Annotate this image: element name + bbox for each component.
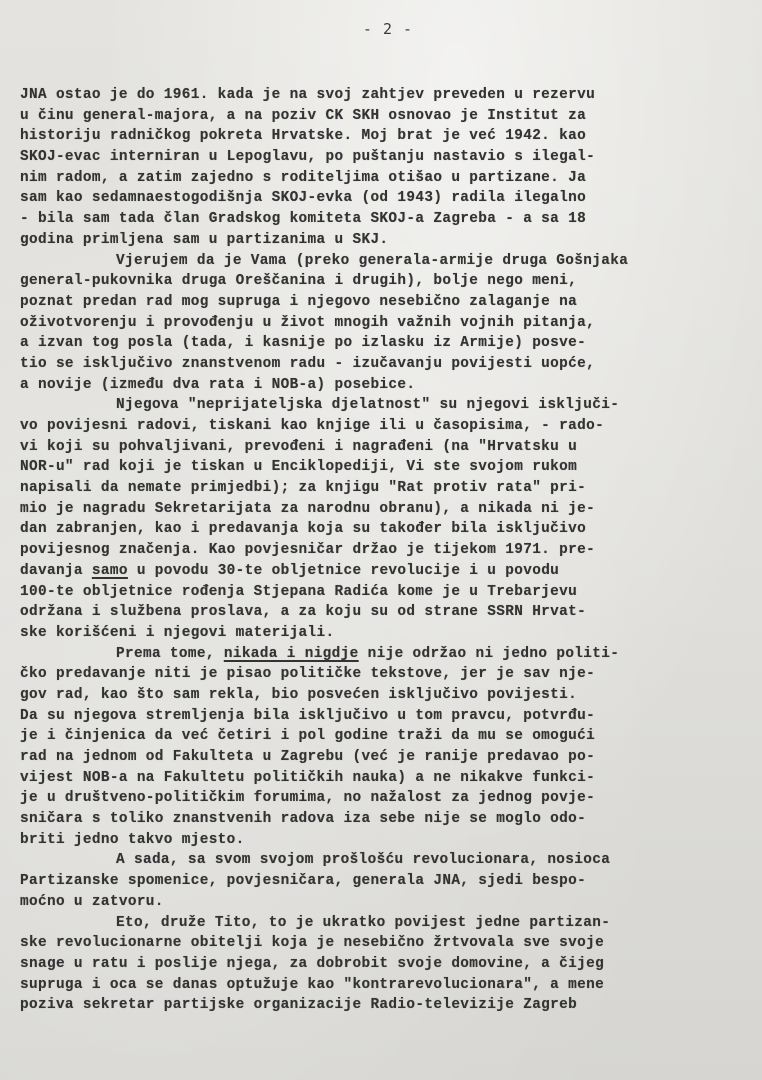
text-line: Prema tome, nikada i nigdje nije održao …: [20, 644, 760, 665]
text-segment: u činu general-majora, a na poziv CK SKH…: [20, 108, 586, 124]
text-segment: Eto, druže Tito, to je ukratko povijest …: [116, 915, 610, 931]
text-line: briti jedno takvo mjesto.: [20, 830, 760, 851]
text-line: general-pukovnika druga Oreščanina i dru…: [20, 271, 760, 292]
text-line: oživotvorenju i provođenju u život mnogi…: [20, 313, 760, 334]
text-segment: u povodu 30-te obljetnice revolucije i u…: [128, 563, 559, 579]
text-line: Njegova "neprijateljska djelatnost" su n…: [20, 395, 760, 416]
text-segment: sničara s toliko znanstvenih radova iza …: [20, 811, 586, 827]
text-line: čko predavanje niti je pisao političke t…: [20, 664, 760, 685]
text-segment: Vjerujem da je Vama (preko generala-armi…: [116, 253, 628, 269]
text-segment: 100-te obljetnice rođenja Stjepana Radić…: [20, 584, 577, 600]
text-segment: SKOJ-evac interniran u Lepoglavu, po puš…: [20, 149, 595, 165]
text-line: sam kao sedamnaestogodišnja SKOJ-evka (o…: [20, 188, 760, 209]
text-segment: oživotvorenju i provođenju u život mnogi…: [20, 315, 595, 331]
text-segment: povijesnog značenja. Kao povjesničar drž…: [20, 542, 595, 558]
text-segment: vi koji su pohvaljivani, prevođeni i nag…: [20, 439, 577, 455]
text-segment: Njegova "neprijateljska djelatnost" su n…: [116, 397, 619, 413]
text-line: vo povijesni radovi, tiskani kao knjige …: [20, 416, 760, 437]
text-segment: Partizanske spomenice, povjesničara, gen…: [20, 873, 586, 889]
text-segment: vo povijesni radovi, tiskani kao knjige …: [20, 418, 604, 434]
text-line: godina primljena sam u partizanima u SKJ…: [20, 230, 760, 251]
text-line: tio se isključivo znanstvenom radu - izu…: [20, 354, 760, 375]
text-segment: je i činjenica da već četiri i pol godin…: [20, 728, 595, 744]
text-line: poziva sekretar partijske organizacije R…: [20, 995, 760, 1016]
text-line: gov rad, kao što sam rekla, bio posvećen…: [20, 685, 760, 706]
underlined-emphasis: samo: [92, 563, 128, 579]
text-line: sničara s toliko znanstvenih radova iza …: [20, 809, 760, 830]
text-line: rad na jednom od Fakulteta u Zagrebu (ve…: [20, 747, 760, 768]
text-segment: je u društveno-političkim forumima, no n…: [20, 790, 595, 806]
text-line: napisali da nemate primjedbi); za knjigu…: [20, 478, 760, 499]
document-body: JNA ostao je do 1961. kada je na svoj za…: [20, 85, 760, 1016]
text-line: povijesnog značenja. Kao povjesničar drž…: [20, 540, 760, 561]
text-segment: Da su njegova stremljenja bila isključiv…: [20, 708, 595, 724]
text-segment: mio je nagradu Sekretarijata za narodnu …: [20, 501, 595, 517]
text-line: ske revolucionarne obitelji koja je nese…: [20, 933, 760, 954]
text-segment: poznat predan rad mog supruga i njegovo …: [20, 294, 577, 310]
text-line: Vjerujem da je Vama (preko generala-armi…: [20, 251, 760, 272]
text-line: Eto, druže Tito, to je ukratko povijest …: [20, 913, 760, 934]
text-line: nim radom, a zatim zajedno s roditeljima…: [20, 168, 760, 189]
text-segment: historiju radničkog pokreta Hrvatske. Mo…: [20, 128, 586, 144]
text-segment: rad na jednom od Fakulteta u Zagrebu (ve…: [20, 749, 595, 765]
text-line: historiju radničkog pokreta Hrvatske. Mo…: [20, 126, 760, 147]
text-segment: A sada, sa svom svojom prošlošću revoluc…: [116, 852, 610, 868]
text-line: snage u ratu i poslije njega, za dobrobi…: [20, 954, 760, 975]
text-segment: snage u ratu i poslije njega, za dobrobi…: [20, 956, 604, 972]
text-segment: godina primljena sam u partizanima u SKJ…: [20, 232, 388, 248]
text-segment: održana i službena proslava, a za koju s…: [20, 604, 586, 620]
text-line: vi koji su pohvaljivani, prevođeni i nag…: [20, 437, 760, 458]
text-segment: poziva sekretar partijske organizacije R…: [20, 997, 577, 1013]
text-line: 100-te obljetnice rođenja Stjepana Radić…: [20, 582, 760, 603]
text-segment: nim radom, a zatim zajedno s roditeljima…: [20, 170, 586, 186]
text-segment: moćno u zatvoru.: [20, 894, 164, 910]
text-line: NOR-u" rad koji je tiskan u Enciklopedij…: [20, 457, 760, 478]
text-segment: čko predavanje niti je pisao političke t…: [20, 666, 595, 682]
text-line: poznat predan rad mog supruga i njegovo …: [20, 292, 760, 313]
text-line: A sada, sa svom svojom prošlošću revoluc…: [20, 850, 760, 871]
text-segment: ske revolucionarne obitelji koja je nese…: [20, 935, 604, 951]
text-segment: supruga i oca se danas optužuje kao "kon…: [20, 977, 604, 993]
text-segment: tio se isključivo znanstvenom radu - izu…: [20, 356, 595, 372]
text-segment: dan zabranjen, kao i predavanja koja su …: [20, 521, 586, 537]
text-segment: davanja: [20, 563, 92, 579]
text-segment: nije održao ni jedno politi-: [359, 646, 620, 662]
page-number: - 2 -: [0, 20, 762, 38]
text-segment: - bila sam tada član Gradskog komiteta S…: [20, 211, 586, 227]
text-line: SKOJ-evac interniran u Lepoglavu, po puš…: [20, 147, 760, 168]
text-segment: NOR-u" rad koji je tiskan u Enciklopedij…: [20, 459, 577, 475]
text-segment: a novije (između dva rata i NOB-a) poseb…: [20, 377, 415, 393]
text-line: ske korišćeni i njegovi materijali.: [20, 623, 760, 644]
text-line: a izvan tog posla (tada, i kasnije po iz…: [20, 333, 760, 354]
text-segment: napisali da nemate primjedbi); za knjigu…: [20, 480, 586, 496]
text-segment: Prema tome,: [116, 646, 224, 662]
text-line: JNA ostao je do 1961. kada je na svoj za…: [20, 85, 760, 106]
text-line: u činu general-majora, a na poziv CK SKH…: [20, 106, 760, 127]
text-line: mio je nagradu Sekretarijata za narodnu …: [20, 499, 760, 520]
text-segment: JNA ostao je do 1961. kada je na svoj za…: [20, 87, 595, 103]
text-segment: sam kao sedamnaestogodišnja SKOJ-evka (o…: [20, 190, 586, 206]
text-line: davanja samo u povodu 30-te obljetnice r…: [20, 561, 760, 582]
text-segment: briti jedno takvo mjesto.: [20, 832, 245, 848]
text-segment: ske korišćeni i njegovi materijali.: [20, 625, 335, 641]
text-line: održana i službena proslava, a za koju s…: [20, 602, 760, 623]
text-segment: a izvan tog posla (tada, i kasnije po iz…: [20, 335, 586, 351]
text-line: - bila sam tada član Gradskog komiteta S…: [20, 209, 760, 230]
text-line: vijest NOB-a na Fakultetu političkih nau…: [20, 768, 760, 789]
text-segment: vijest NOB-a na Fakultetu političkih nau…: [20, 770, 595, 786]
document-page: - 2 - JNA ostao je do 1961. kada je na s…: [0, 0, 762, 1080]
underlined-emphasis: nikada i nigdje: [224, 646, 359, 662]
text-line: supruga i oca se danas optužuje kao "kon…: [20, 975, 760, 996]
text-line: Partizanske spomenice, povjesničara, gen…: [20, 871, 760, 892]
text-line: Da su njegova stremljenja bila isključiv…: [20, 706, 760, 727]
text-line: moćno u zatvoru.: [20, 892, 760, 913]
text-line: dan zabranjen, kao i predavanja koja su …: [20, 519, 760, 540]
text-segment: general-pukovnika druga Oreščanina i dru…: [20, 273, 577, 289]
text-segment: gov rad, kao što sam rekla, bio posvećen…: [20, 687, 577, 703]
text-line: je i činjenica da već četiri i pol godin…: [20, 726, 760, 747]
text-line: a novije (između dva rata i NOB-a) poseb…: [20, 375, 760, 396]
text-line: je u društveno-političkim forumima, no n…: [20, 788, 760, 809]
